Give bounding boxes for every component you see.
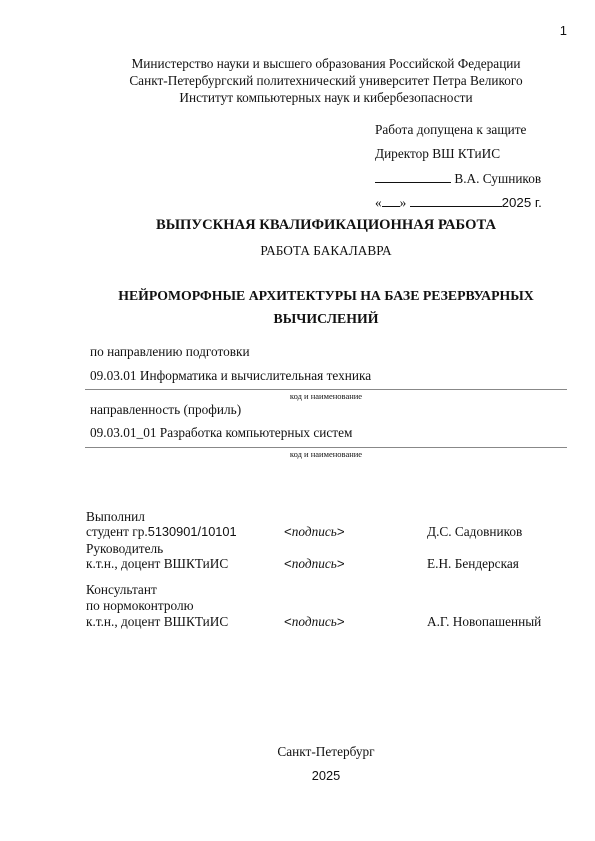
footer-year: 2025 <box>0 768 595 783</box>
month-blank <box>410 194 502 207</box>
approval-director-signature-line: В.А. Сушников <box>375 170 541 187</box>
student-name: Д.С. Садовников <box>427 524 522 540</box>
profile-label: направленность (профиль) <box>90 402 241 418</box>
approval-year: 2025 г. <box>502 195 542 210</box>
consultant-role: к.т.н., доцент ВШКТиИС <box>86 614 228 630</box>
quote-open: « <box>375 195 382 210</box>
profile-value: 09.03.01_01 Разработка компьютерных сист… <box>90 425 352 441</box>
direction-value: 09.03.01 Информатика и вычислительная те… <box>90 368 371 384</box>
header-block: Министерство науки и высшего образования… <box>0 55 595 106</box>
approval-admitted: Работа допущена к защите <box>375 122 526 138</box>
footer-city: Санкт-Петербург <box>0 744 595 760</box>
signature-word: подпись <box>292 614 337 629</box>
quote-close: » <box>400 195 407 210</box>
signature-word: подпись <box>292 556 337 571</box>
work-type: РАБОТА БАКАЛАВРА <box>0 243 595 259</box>
consultant-signature: <подпись> <box>284 614 345 630</box>
supervisor-role: к.т.н., доцент ВШКТиИС <box>86 556 228 572</box>
direction-label: по направлению подготовки <box>90 344 250 360</box>
supervisor-name: Е.Н. Бендерская <box>427 556 519 572</box>
signature-blank <box>375 170 451 183</box>
divider <box>85 389 567 390</box>
consultant-label-2: по нормоконтролю <box>86 598 194 614</box>
student-role: студент гр.5130901/10101 <box>86 524 237 540</box>
student-signature: <подпись> <box>284 524 345 540</box>
performed-label: Выполнил <box>86 509 145 525</box>
supervisor-label: Руководитель <box>86 541 163 557</box>
approval-date-line: «» 2025 г. <box>375 194 542 211</box>
day-blank <box>382 194 400 207</box>
ministry-name: Министерство науки и высшего образования… <box>0 55 595 72</box>
thesis-topic: НЕЙРОМОРФНЫЕ АРХИТЕКТУРЫ НА БАЗЕ РЕЗЕРВУ… <box>108 284 544 330</box>
document-title: ВЫПУСКНАЯ КВАЛИФИКАЦИОННАЯ РАБОТА <box>0 217 595 234</box>
profile-caption: код и наименование <box>0 449 595 459</box>
page-number: 1 <box>560 23 567 38</box>
approval-director: Директор ВШ КТиИС <box>375 146 500 162</box>
direction-caption: код и наименование <box>0 391 595 401</box>
university-name: Санкт-Петербургский политехнический унив… <box>0 72 595 89</box>
student-group: 5130901/10101 <box>148 524 237 539</box>
institute-name: Институт компьютерных наук и кибербезопа… <box>0 89 595 106</box>
consultant-label: Консультант <box>86 582 157 598</box>
director-name: В.А. Сушников <box>454 171 541 186</box>
divider <box>85 447 567 448</box>
consultant-name: А.Г. Новопашенный <box>427 614 541 630</box>
signature-word: подпись <box>292 524 337 539</box>
student-role-prefix: студент гр. <box>86 524 148 539</box>
supervisor-signature: <подпись> <box>284 556 345 572</box>
